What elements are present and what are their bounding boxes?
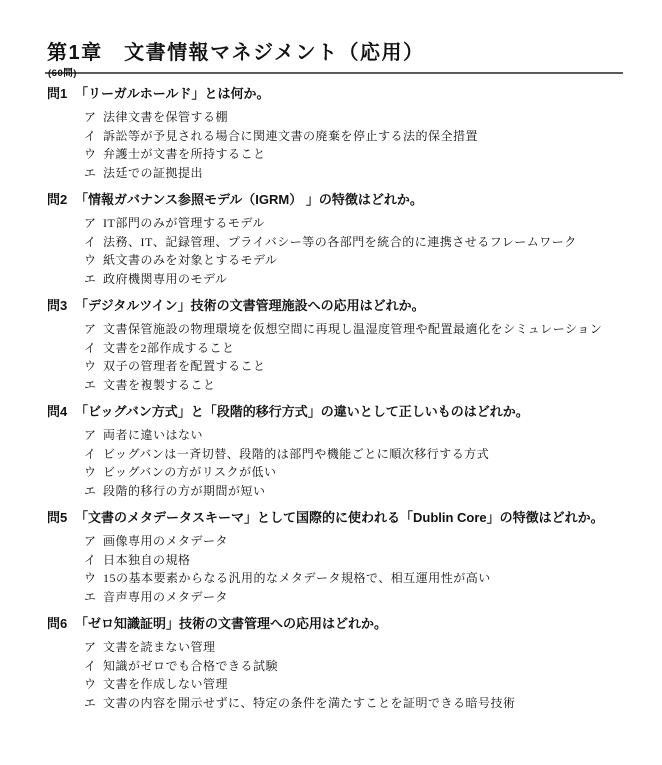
option-label: イ — [84, 657, 103, 676]
option-label: ア — [84, 320, 103, 339]
question-list: 問1 「リーガルホールド」とは何か。 ア 法律文書を保管する棚 イ 訴訟等が予見… — [0, 86, 662, 722]
question-heading: 問4 「ビッグバン方式」と「段階的移行方式」の違いとして正しいものはどれか。 — [47, 404, 662, 420]
option-list: ア 画像専用のメタデータ イ 日本独自の規格 ウ 15の基本要素からなる汎用的な… — [47, 532, 662, 606]
question-heading: 問3 「デジタルツイン」技術の文書管理施設への応用はどれか。 — [47, 298, 662, 314]
option-text: 弁護士が文書を所持すること — [103, 145, 662, 164]
answer-option: イ 日本独自の規格 — [47, 551, 662, 570]
answer-option: エ 音声専用のメタデータ — [47, 588, 662, 607]
option-label: ウ — [84, 145, 103, 164]
option-label: ア — [84, 638, 103, 657]
answer-option: ア 画像専用のメタデータ — [47, 532, 662, 551]
header-rule — [45, 72, 623, 74]
question-text: 「ビッグバン方式」と「段階的移行方式」の違いとして正しいものはどれか。 — [75, 404, 529, 420]
answer-option: ア 両者に違いはない — [47, 426, 662, 445]
answer-option: エ 文書を複製すること — [47, 376, 662, 395]
question-block: 問4 「ビッグバン方式」と「段階的移行方式」の違いとして正しいものはどれか。 ア… — [0, 404, 662, 500]
option-text: 両者に違いはない — [103, 426, 662, 445]
option-text: 15の基本要素からなる汎用的なメタデータ規格で、相互運用性が高い — [103, 569, 662, 588]
option-text: 双子の管理者を配置すること — [103, 357, 662, 376]
option-text: 法律文書を保管する棚 — [103, 108, 662, 127]
option-text: 日本独自の規格 — [103, 551, 662, 570]
answer-option: ア 文書保管施設の物理環境を仮想空間に再現し温湿度管理や配置最適化をシミュレーシ… — [47, 320, 662, 339]
option-label: ウ — [84, 675, 103, 694]
option-label: エ — [84, 694, 103, 713]
question-block: 問6 「ゼロ知識証明」技術の文書管理への応用はどれか。 ア 文書を読まない管理 … — [0, 616, 662, 712]
option-text: 法務、IT、記録管理、プライバシー等の各部門を統合的に連携させるフレームワーク — [103, 233, 662, 252]
option-label: ウ — [84, 357, 103, 376]
question-text: 「情報ガバナンス参照モデル（IGRM） 」の特徴はどれか。 — [75, 192, 423, 208]
answer-option: ウ 15の基本要素からなる汎用的なメタデータ規格で、相互運用性が高い — [47, 569, 662, 588]
answer-option: ア IT部門のみが管理するモデル — [47, 214, 662, 233]
option-text: ビッグバンは一斉切替、段階的は部門や機能ごとに順次移行する方式 — [103, 445, 662, 464]
option-text: 紙文書のみを対象とするモデル — [103, 251, 662, 270]
option-list: ア 文書保管施設の物理環境を仮想空間に再現し温湿度管理や配置最適化をシミュレーシ… — [47, 320, 662, 394]
option-label: ア — [84, 532, 103, 551]
question-number: 問1 — [47, 86, 75, 102]
option-label: イ — [84, 339, 103, 358]
option-text: IT部門のみが管理するモデル — [103, 214, 662, 233]
option-list: ア 文書を読まない管理 イ 知識がゼロでも合格できる試験 ウ 文書を作成しない管… — [47, 638, 662, 712]
answer-option: エ 政府機関専用のモデル — [47, 270, 662, 289]
answer-option: ウ 紙文書のみを対象とするモデル — [47, 251, 662, 270]
question-text: 「デジタルツイン」技術の文書管理施設への応用はどれか。 — [75, 298, 425, 314]
question-number: 問3 — [47, 298, 75, 314]
question-number: 問5 — [47, 510, 75, 526]
answer-option: イ 知識がゼロでも合格できる試験 — [47, 657, 662, 676]
question-block: 問2 「情報ガバナンス参照モデル（IGRM） 」の特徴はどれか。 ア IT部門の… — [0, 192, 662, 288]
option-list: ア 両者に違いはない イ ビッグバンは一斉切替、段階的は部門や機能ごとに順次移行… — [47, 426, 662, 500]
option-label: エ — [84, 270, 103, 289]
option-text: 政府機関専用のモデル — [103, 270, 662, 289]
option-label: エ — [84, 588, 103, 607]
option-label: ウ — [84, 569, 103, 588]
option-text: 訴訟等が予見される場合に関連文書の廃棄を停止する法的保全措置 — [103, 127, 662, 146]
answer-option: イ 文書を2部作成すること — [47, 339, 662, 358]
answer-option: ウ 文書を作成しない管理 — [47, 675, 662, 694]
question-text: 「ゼロ知識証明」技術の文書管理への応用はどれか。 — [75, 616, 387, 632]
option-text: 文書を複製すること — [103, 376, 662, 395]
option-text: 文書を2部作成すること — [103, 339, 662, 358]
question-number: 問6 — [47, 616, 75, 632]
option-text: 音声専用のメタデータ — [103, 588, 662, 607]
option-label: エ — [84, 482, 103, 501]
answer-option: エ 法廷での証拠提出 — [47, 164, 662, 183]
answer-option: ウ ビッグバンの方がリスクが低い — [47, 463, 662, 482]
option-label: ウ — [84, 463, 103, 482]
answer-option: ア 文書を読まない管理 — [47, 638, 662, 657]
chapter-title: 第1章 文書情報マネジメント（応用） — [47, 36, 425, 65]
answer-option: エ 文書の内容を開示せずに、特定の条件を満たすことを証明できる暗号技術 — [47, 694, 662, 713]
question-block: 問5 「文書のメタデータスキーマ」として国際的に使われる「Dublin Core… — [0, 510, 662, 606]
option-label: ア — [84, 214, 103, 233]
answer-option: ウ 弁護士が文書を所持すること — [47, 145, 662, 164]
option-text: 文書を読まない管理 — [103, 638, 662, 657]
answer-option: イ 訴訟等が予見される場合に関連文書の廃棄を停止する法的保全措置 — [47, 127, 662, 146]
question-heading: 問1 「リーガルホールド」とは何か。 — [47, 86, 662, 102]
option-label: エ — [84, 376, 103, 395]
option-label: ア — [84, 108, 103, 127]
option-label: イ — [84, 127, 103, 146]
question-heading: 問2 「情報ガバナンス参照モデル（IGRM） 」の特徴はどれか。 — [47, 192, 662, 208]
option-text: ビッグバンの方がリスクが低い — [103, 463, 662, 482]
question-count: (60問) — [48, 65, 77, 79]
answer-option: イ 法務、IT、記録管理、プライバシー等の各部門を統合的に連携させるフレームワー… — [47, 233, 662, 252]
option-text: 知識がゼロでも合格できる試験 — [103, 657, 662, 676]
option-list: ア IT部門のみが管理するモデル イ 法務、IT、記録管理、プライバシー等の各部… — [47, 214, 662, 288]
option-text: 文書の内容を開示せずに、特定の条件を満たすことを証明できる暗号技術 — [103, 694, 662, 713]
question-heading: 問6 「ゼロ知識証明」技術の文書管理への応用はどれか。 — [47, 616, 662, 632]
option-text: 段階的移行の方が期間が短い — [103, 482, 662, 501]
option-text: 画像専用のメタデータ — [103, 532, 662, 551]
question-number: 問4 — [47, 404, 75, 420]
document-page: 第1章 文書情報マネジメント（応用） (60問) 問1 「リーガルホールド」とは… — [0, 0, 662, 765]
answer-option: イ ビッグバンは一斉切替、段階的は部門や機能ごとに順次移行する方式 — [47, 445, 662, 464]
option-list: ア 法律文書を保管する棚 イ 訴訟等が予見される場合に関連文書の廃棄を停止する法… — [47, 108, 662, 182]
question-block: 問1 「リーガルホールド」とは何か。 ア 法律文書を保管する棚 イ 訴訟等が予見… — [0, 86, 662, 182]
option-label: イ — [84, 551, 103, 570]
question-heading: 問5 「文書のメタデータスキーマ」として国際的に使われる「Dublin Core… — [47, 510, 662, 526]
option-text: 法廷での証拠提出 — [103, 164, 662, 183]
option-label: ア — [84, 426, 103, 445]
question-block: 問3 「デジタルツイン」技術の文書管理施設への応用はどれか。 ア 文書保管施設の… — [0, 298, 662, 394]
option-label: イ — [84, 445, 103, 464]
question-text: 「文書のメタデータスキーマ」として国際的に使われる「Dublin Core」の特… — [75, 510, 604, 526]
answer-option: エ 段階的移行の方が期間が短い — [47, 482, 662, 501]
question-text: 「リーガルホールド」とは何か。 — [75, 86, 269, 102]
option-text: 文書を作成しない管理 — [103, 675, 662, 694]
answer-option: ア 法律文書を保管する棚 — [47, 108, 662, 127]
question-number: 問2 — [47, 192, 75, 208]
answer-option: ウ 双子の管理者を配置すること — [47, 357, 662, 376]
option-label: エ — [84, 164, 103, 183]
option-label: イ — [84, 233, 103, 252]
option-label: ウ — [84, 251, 103, 270]
option-text: 文書保管施設の物理環境を仮想空間に再現し温湿度管理や配置最適化をシミュレーション — [103, 320, 662, 339]
